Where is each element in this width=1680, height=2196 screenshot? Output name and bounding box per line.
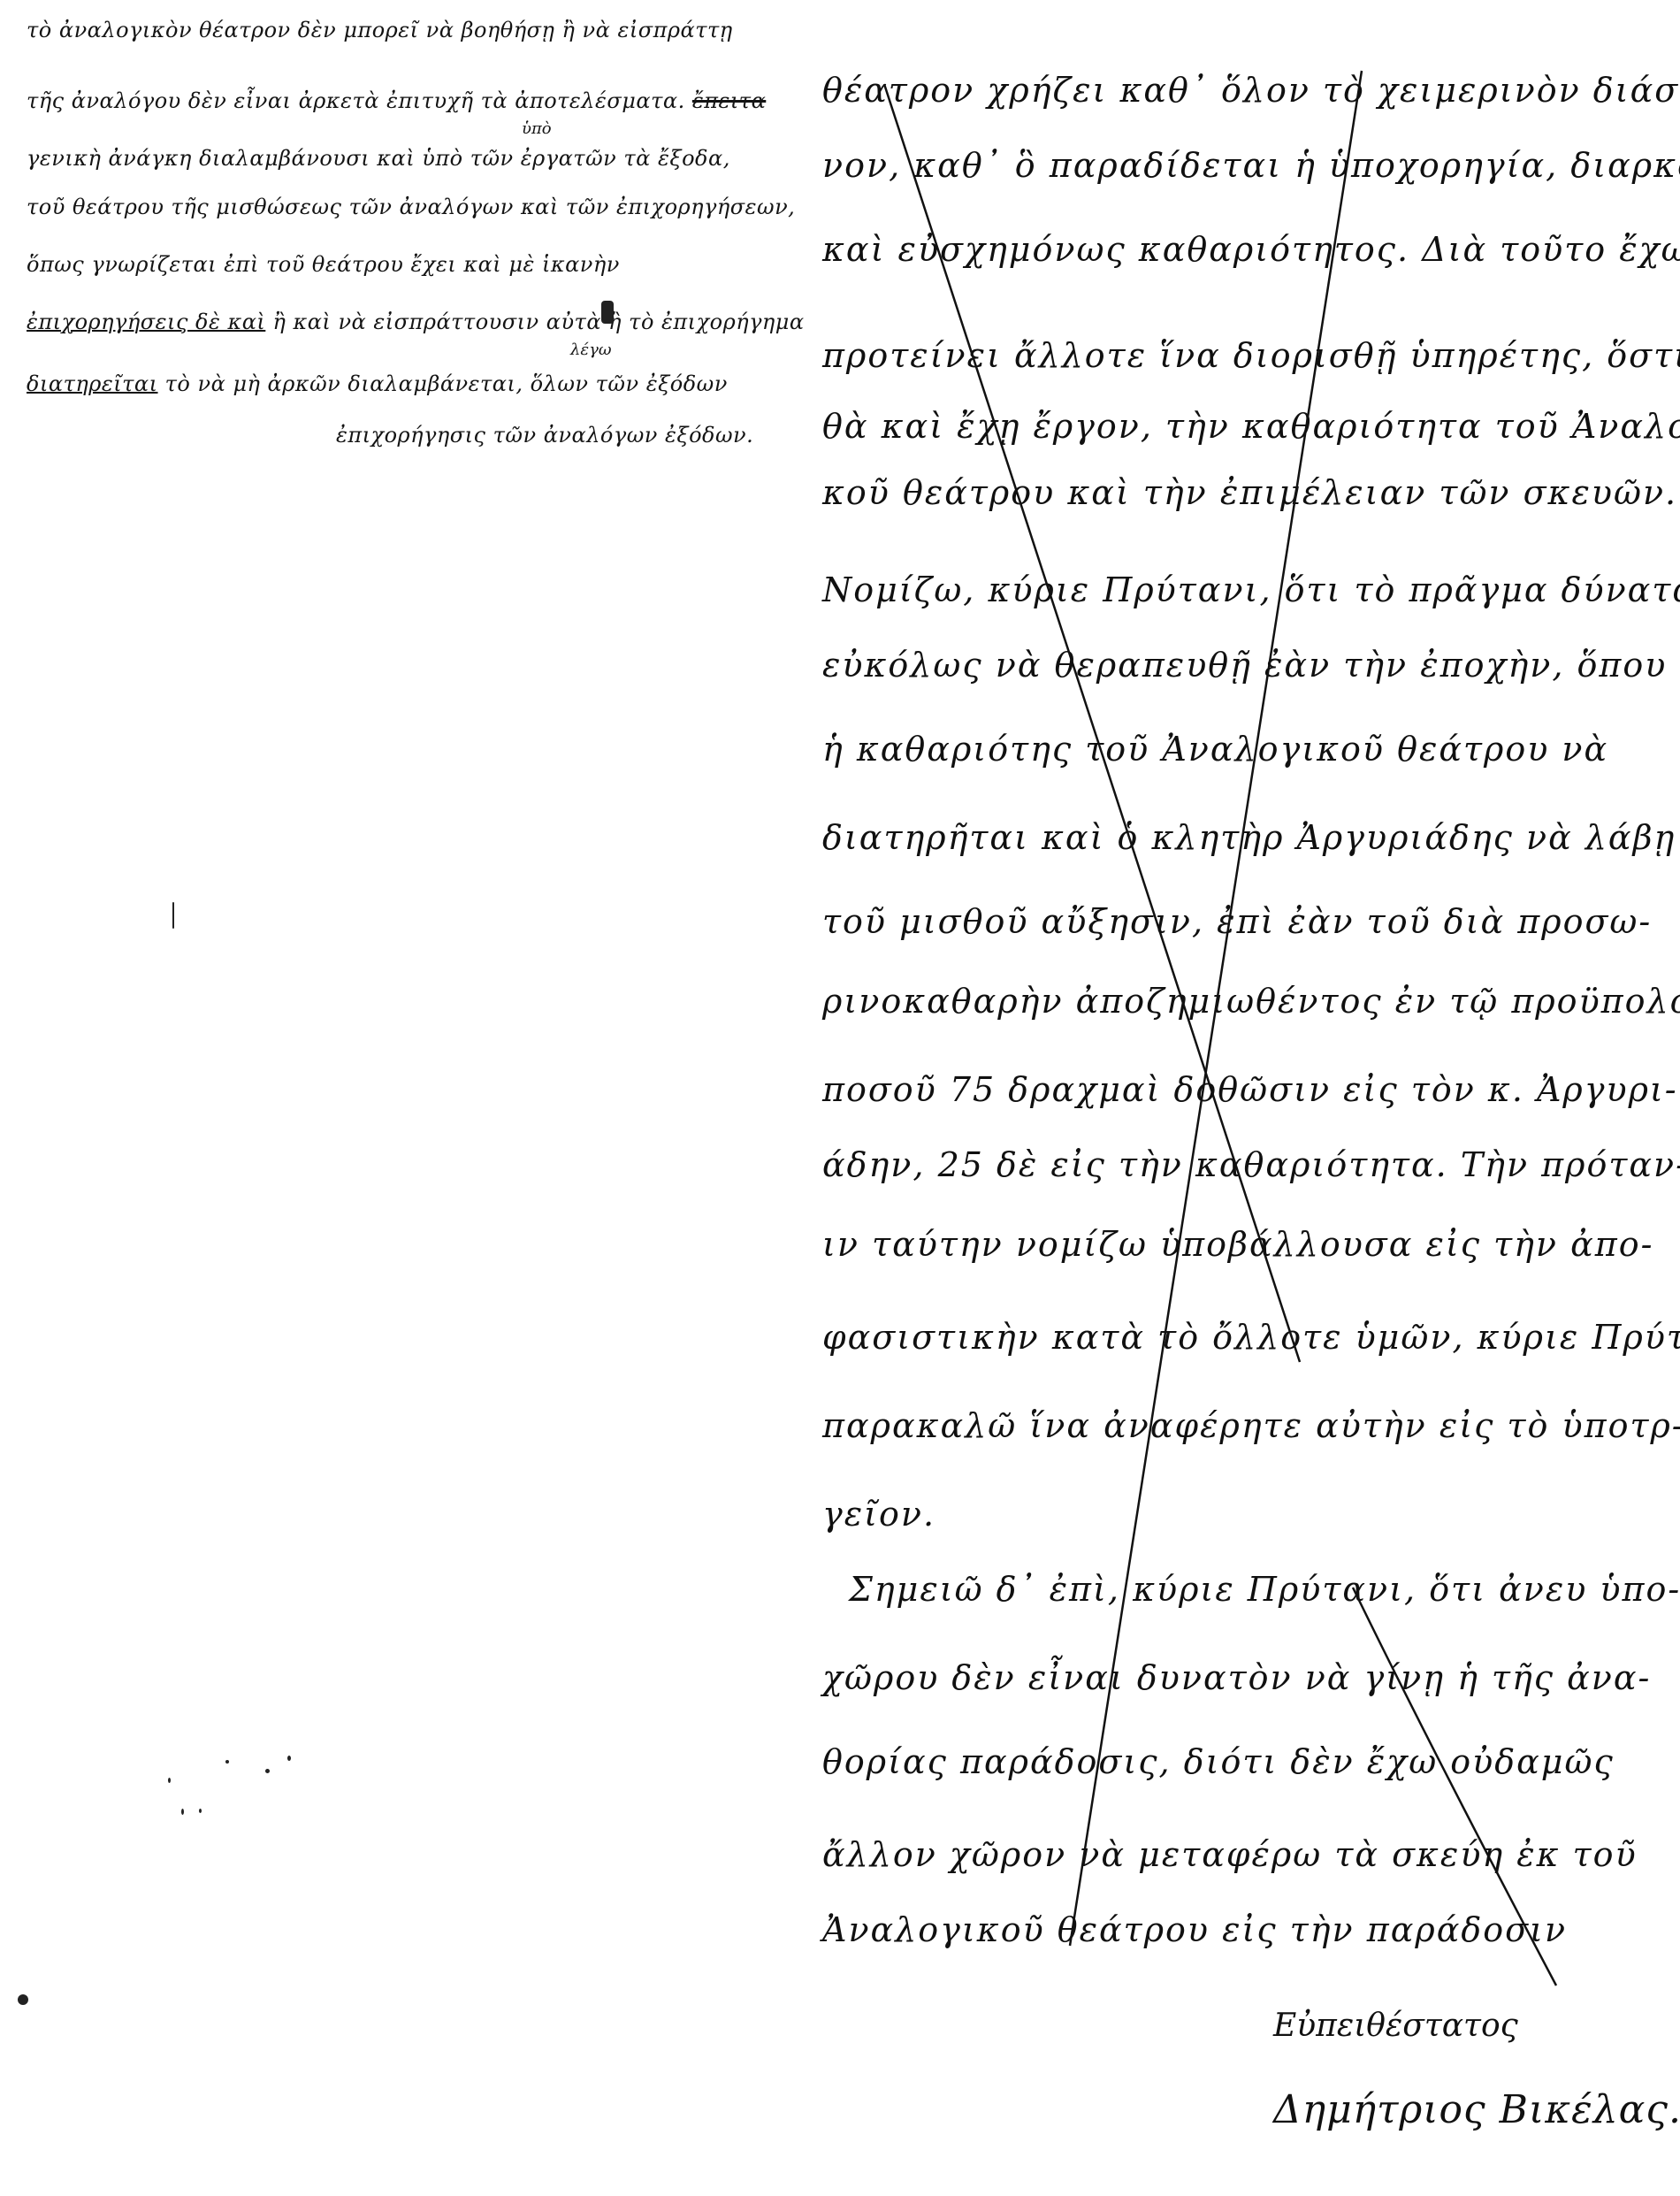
body-line: κοῦ θεάτρου καὶ τὴν ἐπιμέλειαν τῶν σκευῶ… [822,473,1677,512]
ink-speck [265,1769,270,1773]
margin-note-text: τὸ νὰ μὴ ἀρκῶν διαλαμβάνεται, ὅλων τῶν ἐ… [165,371,728,396]
body-line: εὐκόλως νὰ θεραπευθῇ ἐὰν τὴν ἐποχὴν, ὅπο… [822,646,1680,685]
ink-speck [168,1778,171,1783]
body-line: Ἀναλογικοῦ θεάτρου εἰς τὴν παράδοσιν [822,1910,1567,1949]
ink-speck [287,1756,291,1761]
ink-speck [181,1809,184,1815]
margin-note-text: ἢ καὶ νὰ εἰσπράττουσιν αὐτὰ ἢ τὸ ἐπιχορή… [272,310,804,334]
ink-blot [18,1994,28,2005]
body-line: διατηρῆται καὶ ὁ κλητὴρ Ἀργυριάδης νὰ λά… [822,818,1676,857]
body-line: προτείνει ἄλλοτε ἵνα διορισθῇ ὑπηρέτης, … [822,336,1680,375]
struck-word: διατηρεῖται [27,371,158,396]
body-line: θέατρον χρήζει καθ᾽ ὅλον τὸ χειμερινὸν δ… [822,71,1680,110]
signature: Δημήτριος Βικέλας. [1273,2087,1680,2132]
body-line: ποσοῦ 75 δραχμαὶ δοθῶσιν εἰς τὸν κ. Ἀργυ… [822,1070,1678,1109]
body-line: θὰ καὶ ἔχῃ ἔργον, τὴν καθαριότητα τοῦ Ἀν… [822,407,1680,446]
margin-note-line: ὅπως γνωρίζεται ἐπὶ τοῦ θεάτρου ἔχει καὶ… [27,252,620,277]
interlinear-insertion: λέγω [570,340,612,359]
body-line: παρακαλῶ ἵνα ἀναφέρητε αὐτὴν εἰς τὸ ὑποτ… [822,1406,1680,1445]
margin-note-text: ὅπως γνωρίζεται ἐπὶ τοῦ θεάτρου ἔχει καὶ… [27,252,620,277]
body-line: άδην, 25 δὲ εἰς τὴν καθαριότητα. Τὴν πρό… [822,1145,1680,1184]
body-line: θορίας παράδοσις, διότι δὲν ἔχω οὐδαμῶς [822,1742,1615,1781]
struck-word: ἔπειτα [692,88,766,113]
body-line: νον, καθ᾽ ὃ παραδίδεται ἡ ὑποχορηγία, δι… [822,146,1680,185]
closing-formula: Εὐπειθέστατος [1273,2008,1518,2044]
body-line: χῶρου δὲν εἶναι δυνατὸν νὰ γίνῃ ἡ τῆς ἀν… [822,1658,1651,1697]
body-line: γεῖον. [822,1495,935,1534]
body-line: καὶ εὐσχημόνως καθαριότητος. Διὰ τοῦτο ἔ… [822,230,1680,269]
margin-note-line: τῆς ἀναλόγου δὲν εἶναι ἀρκετὰ ἐπιτυχῆ τὰ… [27,88,766,113]
margin-note-text: τοῦ θεάτρου τῆς μισθώσεως τῶν ἀναλόγων κ… [27,195,795,219]
margin-note-line: γενικὴ ἀνάγκη διαλαμβάνουσι καὶ ὑπὸ τῶν … [27,146,730,171]
ink-speck [199,1809,202,1813]
interlinear-insertion: ὑπὸ [522,119,552,138]
scan-mark [172,902,174,929]
struck-word: ἐπιχορηγήσεις δὲ καὶ [27,310,265,334]
margin-note-line: τοῦ θεάτρου τῆς μισθώσεως τῶν ἀναλόγων κ… [27,195,795,219]
margin-note-text: τὸ ἀναλογικὸν θέατρον δὲν μπορεῖ νὰ βοηθ… [27,18,733,42]
margin-note-line: ἐπιχορηγήσεις δὲ καὶ ἢ καὶ νὰ εἰσπράττου… [27,310,805,334]
margin-note-line: ἐπιχορήγησις τῶν ἀναλόγων ἐξόδων. [336,423,753,448]
body-line: Σημειῶ δ᾽ ἐπὶ, κύριε Πρύτανι, ὅτι ἀνευ ὑ… [849,1570,1680,1609]
manuscript-page: τὸ ἀναλογικὸν θέατρον δὲν μπορεῖ νὰ βοηθ… [0,0,1680,2196]
body-line: ἄλλον χῶρον νὰ μεταφέρω τὰ σκεύη ἐκ τοῦ [822,1835,1638,1874]
margin-note-text: γενικὴ ἀνάγκη διαλαμβάνουσι καὶ ὑπὸ τῶν … [27,146,730,171]
body-line: ιν ταύτην νομίζω ὑποβάλλουσα εἰς τὴν ἀπο… [822,1225,1653,1264]
ink-blot [601,301,614,324]
body-line: φασιστικὴν κατὰ τὸ ὄλλοτε ὑμῶν, κύριε Πρ… [822,1318,1680,1357]
body-line: ρινοκαθαρὴν ἀποζημιωθέντος ἐν τῷ προϋπολ… [822,982,1680,1021]
body-line: Νομίζω, κύριε Πρύτανι, ὅτι τὸ πρᾶγμα δύν… [822,570,1680,609]
margin-note-line: τὸ ἀναλογικὸν θέατρον δὲν μπορεῖ νὰ βοηθ… [27,18,733,42]
body-line: ἡ καθαριότης τοῦ Ἀναλογικοῦ θεάτρου νὰ [822,730,1608,769]
margin-note-text: τῆς ἀναλόγου δὲν εἶναι ἀρκετὰ ἐπιτυχῆ τὰ… [27,88,685,113]
body-line: τοῦ μισθοῦ αὔξησιν, ἐπὶ ἐὰν τοῦ διὰ προσ… [822,902,1652,941]
margin-note-text: ἐπιχορήγησις τῶν ἀναλόγων ἐξόδων. [336,423,753,448]
margin-note-line: διατηρεῖται τὸ νὰ μὴ ἀρκῶν διαλαμβάνεται… [27,371,728,396]
ink-speck [225,1760,229,1764]
